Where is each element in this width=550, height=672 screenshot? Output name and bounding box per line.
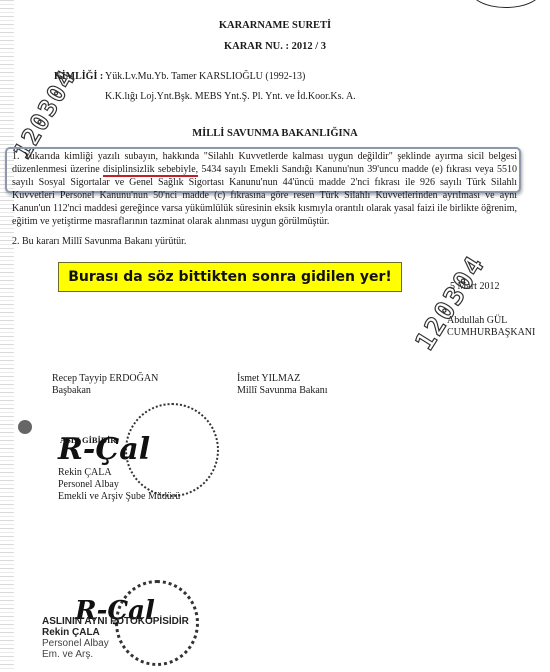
scan-edge-noise [0,0,14,672]
addressee-heading: MİLLİ SAVUNMA BAKANLIĞINA [0,128,550,139]
handwritten-signature: R-Çal [58,432,150,467]
certifier-rank: Personel Albay [58,479,180,491]
president-name: Abdullah GÜL [447,315,535,327]
hand-drawn-curve [470,0,542,8]
minister-signature-block: İsmet YILMAZ Millî Savunma Bakanı [237,373,328,397]
certifier-name: Rekin ÇALA [58,467,180,479]
paragraph-1: 1. Yukarıda kimliği yazılı subayın, hakk… [12,150,517,228]
certifier-block-2: ASLININ AYNI FOTOKOPİSİDİR Rekin ÇALA Pe… [42,616,189,660]
pm-title: Başbakan [52,385,158,397]
certifier-name-2: Rekin ÇALA [42,627,189,638]
annotation-banner: Burası da söz bittikten sonra gidilen ye… [58,262,402,292]
underlined-phrase: disiplinsizlik sebebiyle, [103,164,198,177]
certifier-block: Rekin ÇALA Personel Albay Emekli ve Arşi… [58,467,180,503]
certifier-role-2: Em. ve Arş. [42,649,189,660]
stamp-number-right: 120304 [410,250,492,356]
certified-label-2: ASLININ AYNI FOTOKOPİSİDİR [42,616,189,627]
minister-title: Millî Savunma Bakanı [237,385,328,397]
pm-signature-block: Recep Tayyip ERDOĞAN Başbakan [52,373,158,397]
certifier-role: Emekli ve Arşiv Şube Müdürü [58,491,180,503]
paragraph-2: 2. Bu kararı Millî Savunma Bakanı yürütü… [12,236,186,247]
pm-name: Recep Tayyip ERDOĞAN [52,373,158,385]
identity-line-1: Yük.Lv.Mu.Yb. Tamer KARSLIOĞLU (1992-13) [105,71,305,82]
president-title: CUMHURBAŞKANI [447,327,535,339]
minister-name: İsmet YILMAZ [237,373,328,385]
document-title: KARARNAME SURETİ [0,20,550,31]
identity-line-2: K.K.lığı Loj.Ynt.Bşk. MEBS Ynt.Ş. Pl. Yn… [105,91,356,102]
ink-blot [18,420,32,434]
president-signature-block: Abdullah GÜL CUMHURBAŞKANI [447,315,535,339]
certifier-rank-2: Personel Albay [42,638,189,649]
decision-number: KARAR NU. : 2012 / 3 [0,41,550,52]
